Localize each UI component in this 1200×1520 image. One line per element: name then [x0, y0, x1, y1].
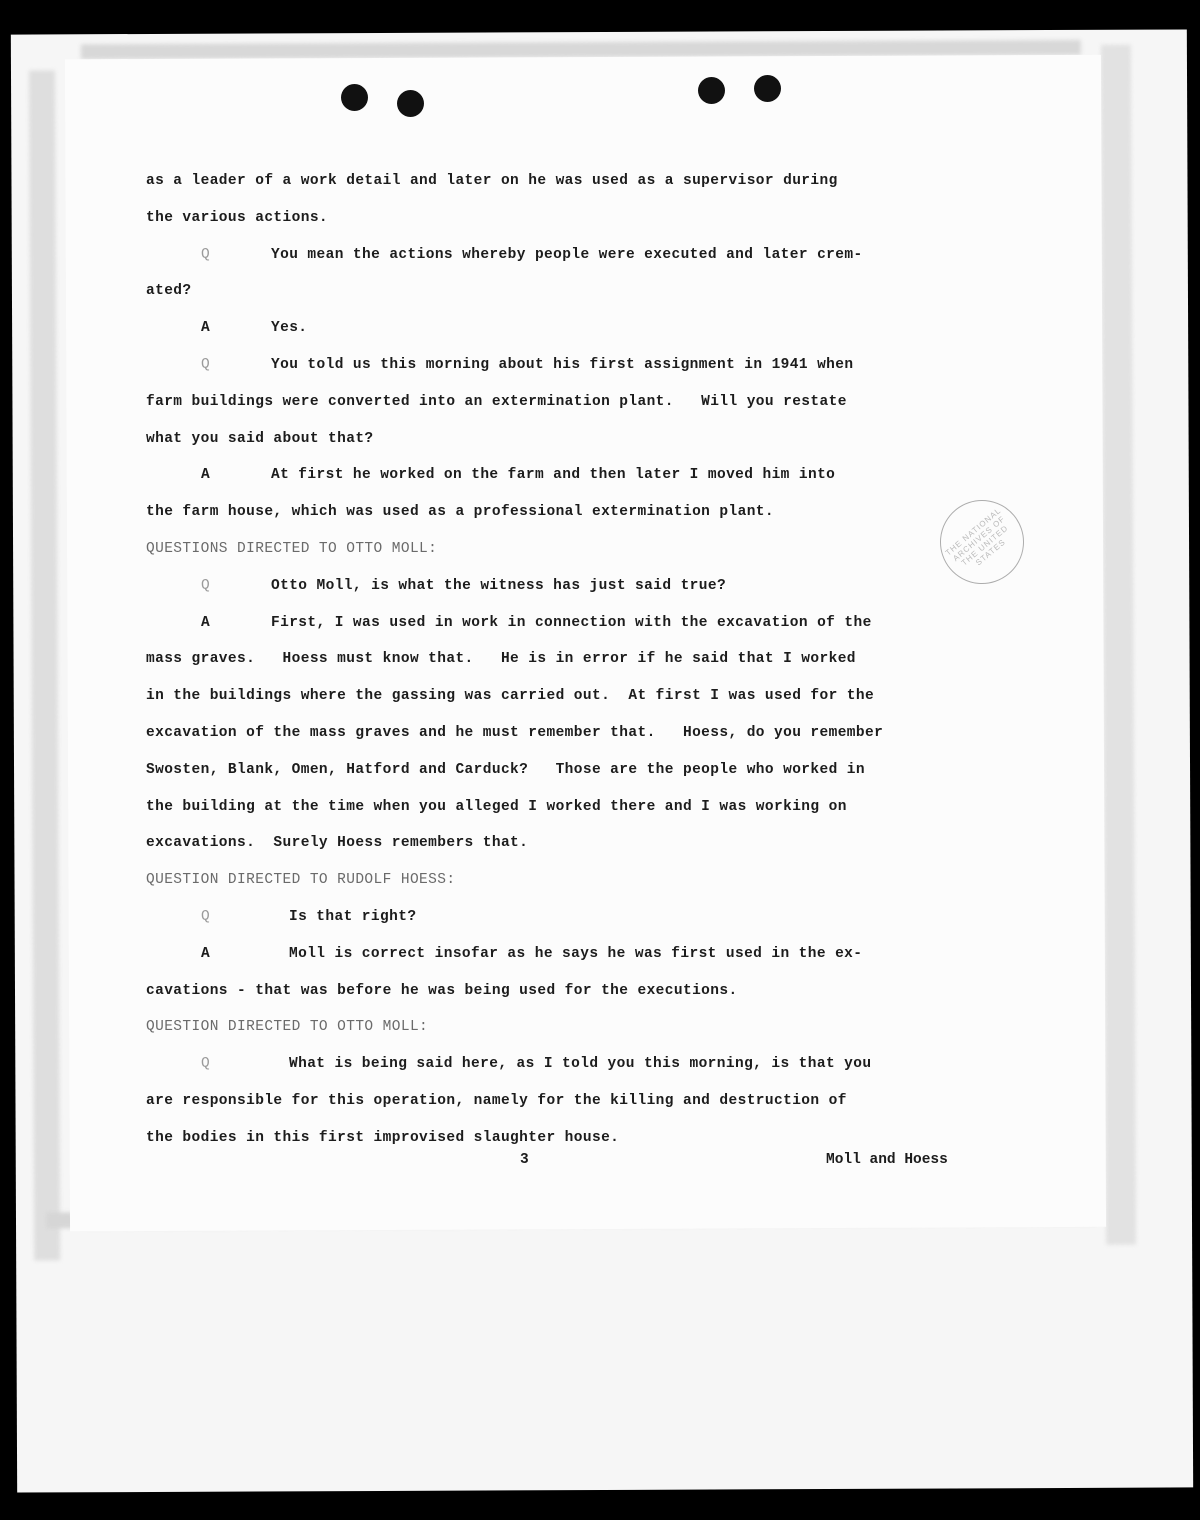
- punch-hole-icon: [341, 84, 368, 111]
- line-text: the various actions.: [146, 210, 328, 226]
- text-line: as a leader of a work detail and later o…: [146, 163, 1026, 200]
- line-text: Is that right?: [289, 909, 416, 925]
- line-text: Swosten, Blank, Omen, Hatford and Carduc…: [146, 762, 865, 778]
- dialogue-line: QYou mean the actions whereby people wer…: [146, 237, 1026, 274]
- question-label: Q: [201, 899, 289, 936]
- line-text: excavation of the mass graves and he mus…: [146, 725, 883, 741]
- text-line: farm buildings were converted into an ex…: [146, 384, 1026, 421]
- line-text: QUESTION DIRECTED TO RUDOLF HOESS:: [146, 872, 455, 888]
- line-text: QUESTIONS DIRECTED TO OTTO MOLL:: [146, 541, 437, 557]
- line-text: the building at the time when you allege…: [146, 799, 847, 815]
- transcript-body: as a leader of a work detail and later o…: [146, 163, 1026, 1157]
- question-label: Q: [201, 347, 271, 384]
- text-line: are responsible for this operation, name…: [146, 1083, 1026, 1120]
- answer-label: A: [201, 310, 271, 347]
- line-text: cavations - that was before he was being…: [146, 983, 738, 999]
- answer-label: A: [201, 936, 289, 973]
- punch-hole-icon: [754, 75, 781, 102]
- line-text: excavations. Surely Hoess remembers that…: [146, 835, 528, 851]
- page-number: 3: [520, 1152, 529, 1168]
- shadow-band-left: [29, 70, 60, 1260]
- dialogue-line: AYes.: [146, 310, 1026, 347]
- dialogue-line: QOtto Moll, is what the witness has just…: [146, 568, 1026, 605]
- answer-label: A: [201, 605, 271, 642]
- line-text: What is being said here, as I told you t…: [289, 1056, 872, 1072]
- answer-label: A: [201, 457, 271, 494]
- section-heading: QUESTION DIRECTED TO RUDOLF HOESS:: [146, 862, 1026, 899]
- line-text: You mean the actions whereby people were…: [271, 247, 863, 263]
- text-line: the various actions.: [146, 200, 1026, 237]
- dialogue-line: QYou told us this morning about his firs…: [146, 347, 1026, 384]
- line-text: in the buildings where the gassing was c…: [146, 688, 874, 704]
- text-line: excavations. Surely Hoess remembers that…: [146, 825, 1026, 862]
- text-line: the bodies in this first improvised slau…: [146, 1120, 1026, 1157]
- line-text: First, I was used in work in connection …: [271, 615, 872, 631]
- line-text: Yes.: [271, 320, 307, 336]
- text-line: cavations - that was before he was being…: [146, 973, 1026, 1010]
- line-text: are responsible for this operation, name…: [146, 1093, 847, 1109]
- text-line: the building at the time when you allege…: [146, 789, 1026, 826]
- line-text: what you said about that?: [146, 431, 374, 447]
- text-line: what you said about that?: [146, 421, 1026, 458]
- line-text: QUESTION DIRECTED TO OTTO MOLL:: [146, 1019, 428, 1035]
- line-text: the bodies in this first improvised slau…: [146, 1130, 619, 1146]
- shadow-band-right: [1101, 45, 1136, 1245]
- text-line: mass graves. Hoess must know that. He is…: [146, 641, 1026, 678]
- question-label: Q: [201, 237, 271, 274]
- question-label: Q: [201, 568, 271, 605]
- text-line: excavation of the mass graves and he mus…: [146, 715, 1026, 752]
- question-label: Q: [201, 1046, 289, 1083]
- text-line: Swosten, Blank, Omen, Hatford and Carduc…: [146, 752, 1026, 789]
- section-heading: QUESTIONS DIRECTED TO OTTO MOLL:: [146, 531, 1026, 568]
- dialogue-line: QWhat is being said here, as I told you …: [146, 1046, 1026, 1083]
- text-line: ated?: [146, 273, 1026, 310]
- dialogue-line: QIs that right?: [146, 899, 1026, 936]
- punch-hole-icon: [698, 77, 725, 104]
- dialogue-line: AMoll is correct insofar as he says he w…: [146, 936, 1026, 973]
- line-text: Moll is correct insofar as he says he wa…: [289, 946, 862, 962]
- line-text: At first he worked on the farm and then …: [271, 467, 835, 483]
- section-heading: QUESTION DIRECTED TO OTTO MOLL:: [146, 1009, 1026, 1046]
- line-text: ated?: [146, 283, 192, 299]
- line-text: farm buildings were converted into an ex…: [146, 394, 847, 410]
- line-text: You told us this morning about his first…: [271, 357, 854, 373]
- footer-title: Moll and Hoess: [826, 1152, 948, 1168]
- line-text: the farm house, which was used as a prof…: [146, 504, 774, 520]
- line-text: as a leader of a work detail and later o…: [146, 173, 838, 189]
- text-line: in the buildings where the gassing was c…: [146, 678, 1026, 715]
- dialogue-line: AFirst, I was used in work in connection…: [146, 605, 1026, 642]
- punch-hole-icon: [397, 90, 424, 117]
- dialogue-line: AAt first he worked on the farm and then…: [146, 457, 1026, 494]
- line-text: Otto Moll, is what the witness has just …: [271, 578, 726, 594]
- text-line: the farm house, which was used as a prof…: [146, 494, 1026, 531]
- line-text: mass graves. Hoess must know that. He is…: [146, 651, 856, 667]
